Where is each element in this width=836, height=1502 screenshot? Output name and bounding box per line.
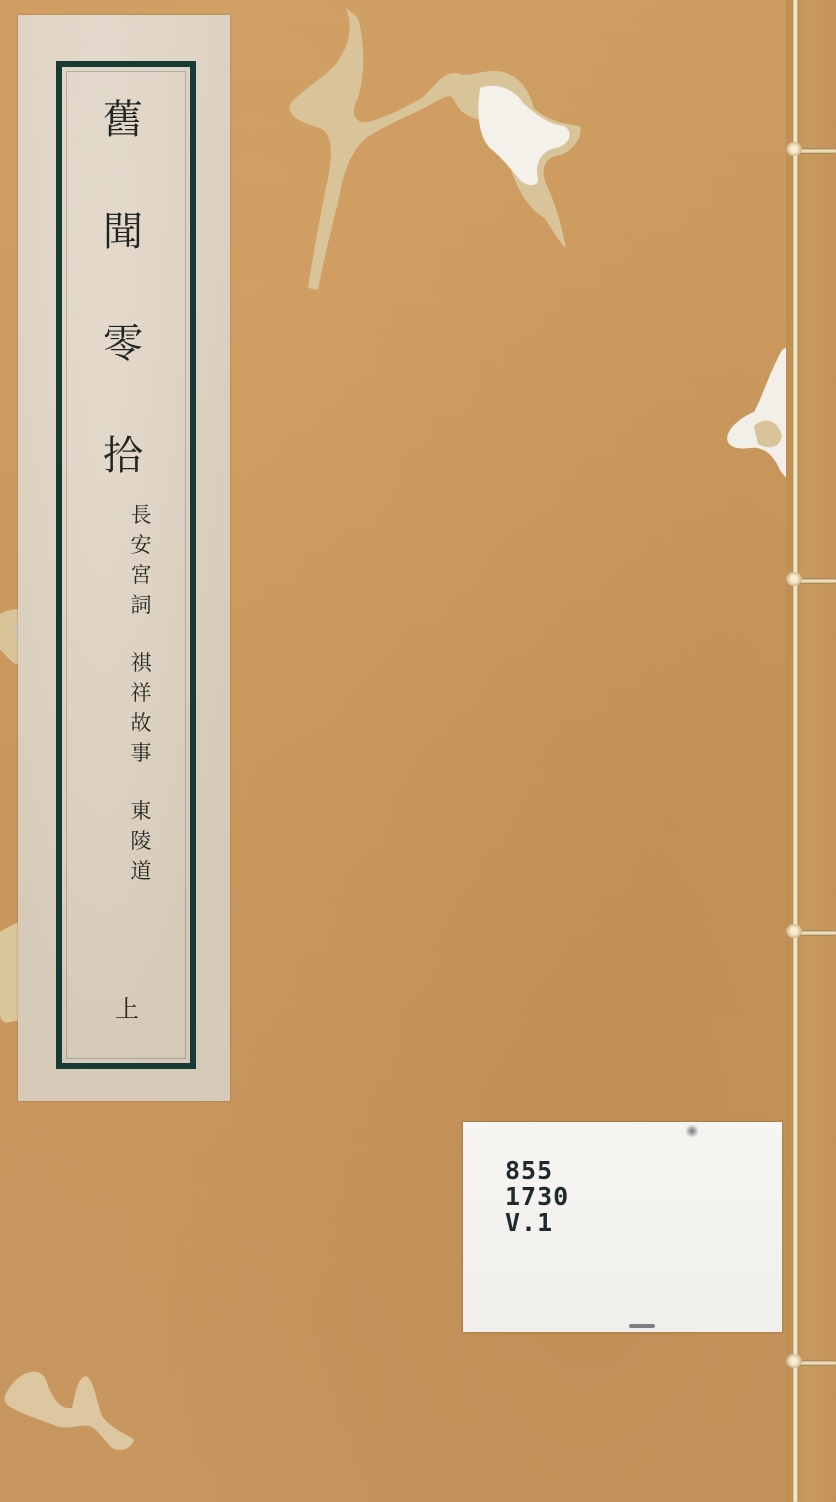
call-number-line: 855 bbox=[505, 1158, 569, 1184]
worn-patch-top bbox=[284, 8, 594, 298]
binding-knot bbox=[786, 924, 802, 938]
contents-item: 東 陵 道 bbox=[131, 796, 152, 886]
title-char: 舊 bbox=[103, 100, 143, 140]
contents-item: 祺 祥 故 事 bbox=[131, 648, 152, 768]
title-char: 聞 bbox=[103, 212, 143, 252]
volume-mark: 上 bbox=[112, 994, 142, 1024]
call-number-line: 1730 bbox=[505, 1184, 569, 1210]
call-number-line: V.1 bbox=[505, 1210, 569, 1236]
contents-list: 長 安 宮 詞 祺 祥 故 事 東 陵 道 bbox=[126, 500, 156, 914]
library-call-number-label: 855 1730 V.1 bbox=[463, 1122, 782, 1332]
binding-knot bbox=[786, 572, 802, 586]
title-char: 零 bbox=[103, 324, 143, 364]
binding-thread bbox=[792, 0, 799, 1502]
binding-knot bbox=[786, 1354, 802, 1368]
book-title: 舊 聞 零 拾 bbox=[88, 100, 158, 548]
call-number: 855 1730 V.1 bbox=[505, 1158, 569, 1236]
title-char: 拾 bbox=[103, 436, 143, 476]
binding-knot bbox=[786, 142, 802, 156]
contents-item: 長 安 宮 詞 bbox=[131, 500, 152, 620]
worn-patch-bottom-left bbox=[0, 1360, 140, 1460]
